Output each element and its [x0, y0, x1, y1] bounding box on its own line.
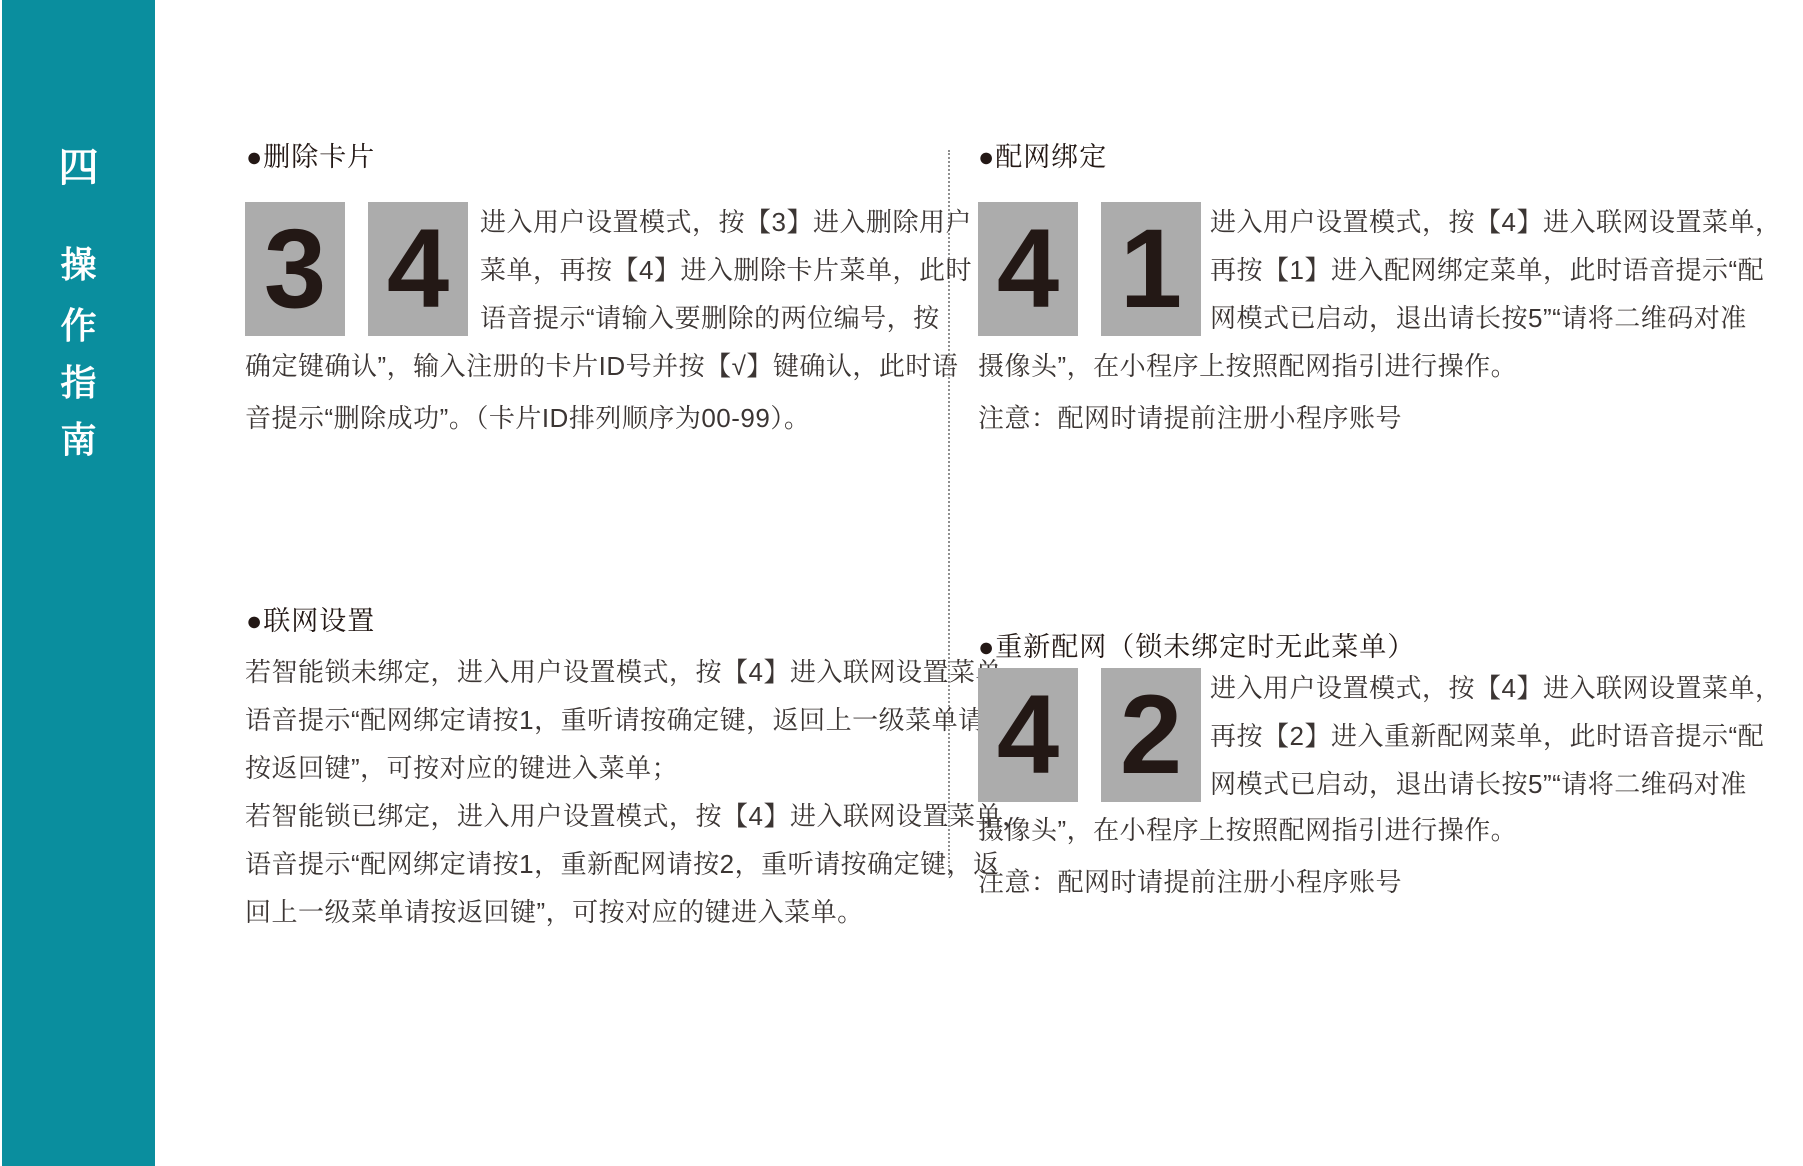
chapter-number: 四 [2, 148, 155, 188]
chapter-sidebar: 四 操 作 指 南 [2, 0, 155, 1166]
section-heading-network-settings: ●联网设置 [246, 606, 375, 636]
manual-page: 四 操 作 指 南 ●删除卡片 3 4 进入用户设置模式，按【3】进入删除用户 … [0, 0, 1803, 1166]
body-line: 按返回键”，可按对应的键进入菜单； [245, 752, 678, 784]
key-digit: 4 [387, 213, 449, 325]
section-heading-network-binding: ●配网绑定 [978, 142, 1107, 172]
key-digit: 2 [1120, 679, 1182, 791]
keypad-key-3: 3 [245, 202, 345, 336]
key-digit: 1 [1120, 213, 1182, 325]
key-digit: 3 [264, 213, 326, 325]
note-line: 注意：配网时请提前注册小程序账号 [978, 866, 1402, 898]
body-line: 再按【2】进入重新配网菜单，此时语音提示“配 [1210, 720, 1764, 752]
body-line: 若智能锁未绑定，进入用户设置模式，按【4】进入联网设置菜单， [245, 656, 1028, 688]
body-line: 若智能锁已绑定，进入用户设置模式，按【4】进入联网设置菜单， [245, 800, 1028, 832]
body-line: 确定键确认”，输入注册的卡片ID号并按【√】键确认，此时语 [245, 350, 958, 382]
body-line: 语音提示“配网绑定请按1，重新配网请按2，重听请按确定键，返 [245, 848, 1000, 880]
keypad-key-2: 2 [1101, 668, 1201, 802]
keypad-key-4: 4 [368, 202, 468, 336]
body-line: 语音提示“请输入要删除的两位编号，按 [480, 302, 940, 334]
body-line: 网模式已启动，退出请长按5”“请将二维码对准 [1210, 302, 1747, 334]
chapter-title-char: 指 [2, 365, 155, 401]
keypad-key-4: 4 [978, 668, 1078, 802]
chapter-title-char: 操 [2, 247, 155, 283]
key-digit: 4 [997, 213, 1059, 325]
keypad-key-4: 4 [978, 202, 1078, 336]
body-line: 进入用户设置模式，按【3】进入删除用户 [480, 206, 972, 238]
note-line: 注意：配网时请提前注册小程序账号 [978, 402, 1402, 434]
keypad-key-1: 1 [1101, 202, 1201, 336]
body-line: 再按【1】进入配网绑定菜单，此时语音提示“配 [1210, 254, 1764, 286]
section-heading-reconfigure-network: ●重新配网（锁未绑定时无此菜单） [978, 632, 1415, 662]
body-line: 菜单，再按【4】进入删除卡片菜单，此时 [480, 254, 972, 286]
chapter-title-char: 作 [2, 308, 155, 344]
body-line: 网模式已启动，退出请长按5”“请将二维码对准 [1210, 768, 1747, 800]
body-line: 摄像头”，在小程序上按照配网指引进行操作。 [978, 814, 1517, 846]
body-line: 回上一级菜单请按返回键”，可按对应的键进入菜单。 [245, 896, 864, 928]
chapter-title-char: 南 [2, 422, 155, 458]
body-line: 摄像头”，在小程序上按照配网指引进行操作。 [978, 350, 1517, 382]
key-digit: 4 [997, 679, 1059, 791]
body-line: 进入用户设置模式，按【4】进入联网设置菜单， [1210, 206, 1781, 238]
body-line: 音提示“删除成功”。（卡片ID排列顺序为00-99）。 [245, 402, 810, 434]
body-line: 进入用户设置模式，按【4】进入联网设置菜单， [1210, 672, 1781, 704]
body-line: 语音提示“配网绑定请按1，重听请按确定键，返回上一级菜单请 [245, 704, 985, 736]
section-heading-delete-card: ●删除卡片 [246, 142, 375, 172]
